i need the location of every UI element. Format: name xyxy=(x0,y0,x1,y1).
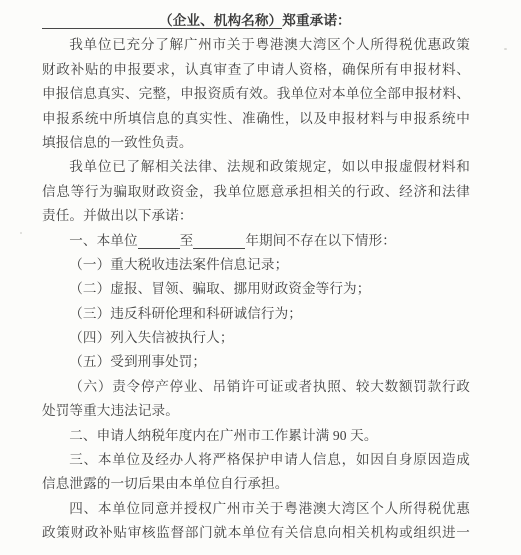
scan-speck xyxy=(20,232,22,234)
text-line: （四）列入失信被执行人； xyxy=(42,326,470,350)
title-line: （企业、机构名称）郑重承诺： xyxy=(42,9,470,33)
clause-one-middle: 至 xyxy=(180,233,194,248)
text-line: 我单位已了解相关法律、法规和政策规定，如以申报虚假材料和 xyxy=(42,155,470,179)
text-line: 我单位已充分了解广州市关于粤港澳大湾区个人所得税优惠政策 xyxy=(42,33,470,57)
org-name-blank xyxy=(42,15,159,29)
text-line: 四、本单位同意并授权广州市关于粤港澳大湾区个人所得税优惠 xyxy=(42,497,470,521)
text-line: 处罚等重大违法记录。 xyxy=(42,399,470,423)
text-line: 填报信息的一致性负责。 xyxy=(42,131,470,155)
start-year-blank xyxy=(138,235,180,249)
scan-speck xyxy=(504,48,507,50)
clause-one-suffix: 年期间不存在以下情形： xyxy=(245,233,396,248)
text-line: （一）重大税收违法案件信息记录； xyxy=(42,253,470,277)
text-line: 信息等行为骗取财政资金，我单位愿意承担相关的行政、经济和法律 xyxy=(42,180,470,204)
text-line: （三）违反科研伦理和科研诚信行为； xyxy=(42,302,470,326)
text-line: 二、申请人纳税年度内在广州市工作累计满 90 天。 xyxy=(42,424,470,448)
text-line: 信息泄露的一切后果由本单位自行承担。 xyxy=(42,472,470,496)
org-name-label: （企业、机构名称） xyxy=(159,13,282,29)
text-line: （五）受到刑事处罚； xyxy=(42,350,470,374)
text-line: （六）责令停产停业、吊销许可证或者执照、较大数额罚款行政 xyxy=(42,375,470,399)
pledge-label: 郑重承诺： xyxy=(282,13,350,28)
text-line: 三、本单位及经办人将严格保护申请人信息，如因自身原因造成 xyxy=(42,448,470,472)
text-line: 一、本单位至年期间不存在以下情形： xyxy=(42,229,470,253)
clause-one-prefix: 一、本单位 xyxy=(69,233,137,248)
end-year-blank xyxy=(193,235,245,249)
document-lines: （企业、机构名称）郑重承诺：我单位已充分了解广州市关于粤港澳大湾区个人所得税优惠… xyxy=(42,9,470,546)
text-line: 申报信息真实、完整，申报资质有效。我单位对本单位全部申报材料、 xyxy=(42,82,470,106)
text-line: （二）虚报、冒领、骗取、挪用财政资金等行为； xyxy=(42,277,470,301)
text-line: 责任。并做出以下承诺： xyxy=(42,204,470,228)
document-page: （企业、机构名称）郑重承诺：我单位已充分了解广州市关于粤港澳大湾区个人所得税优惠… xyxy=(0,0,521,555)
text-line: 政策财政补贴审核监督部门就本单位有关信息向相关机构或组织进一 xyxy=(42,521,470,545)
text-line: 财政补贴的申报要求，认真审查了申请人资格，确保所有申报材料、 xyxy=(42,58,470,82)
text-line: 申报系统中所填信息的真实性、准确性，以及申报材料与申报系统中 xyxy=(42,107,470,131)
